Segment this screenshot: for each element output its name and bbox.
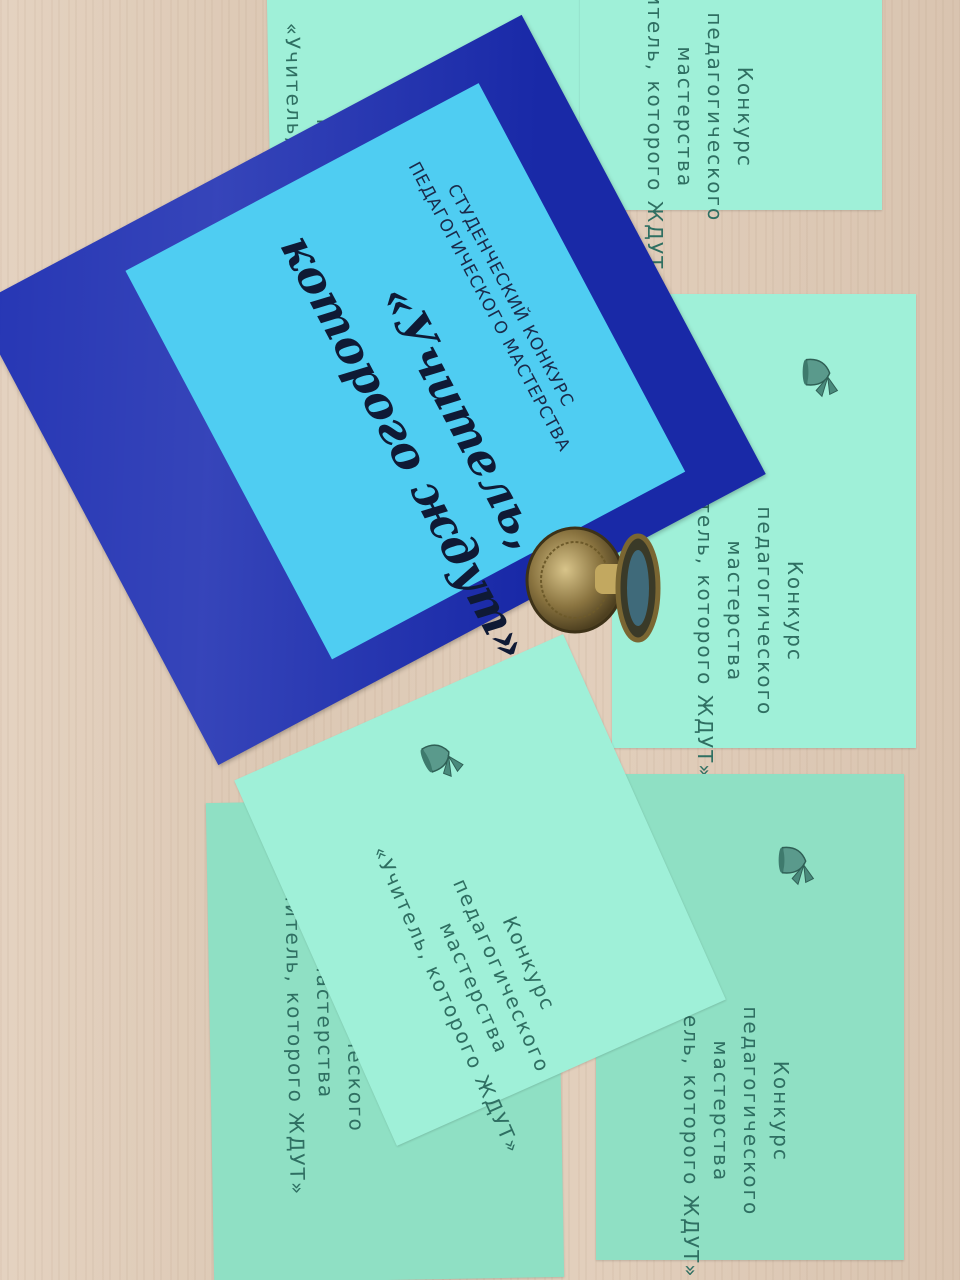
envelope-top-right: Конкурс педагогического мастерства «Учит… — [580, 0, 882, 210]
envelope-line-4: «Учитель, которого ЖДУТ» — [640, 0, 670, 285]
envelope-line-1: Конкурс — [730, 0, 760, 285]
envelope-line-1: Конкурс — [766, 944, 796, 1279]
envelope-text: Конкурс педагогического мастерства «Учит… — [365, 805, 611, 1159]
bell-with-bow-icon — [772, 836, 822, 894]
envelope-text: Конкурс педагогического мастерства «Учит… — [640, 0, 760, 285]
envelope-line-2: педагогического — [700, 0, 730, 285]
brass-bell-icon — [520, 520, 670, 650]
envelope-line-3: мастерства — [670, 0, 700, 285]
bell-with-bow-icon — [408, 722, 477, 795]
envelope-line-2: педагогического — [750, 444, 780, 779]
bell-with-bow-icon — [796, 348, 846, 406]
envelope-line-1: Конкурс — [780, 444, 810, 779]
envelope-line-2: педагогического — [736, 944, 766, 1279]
